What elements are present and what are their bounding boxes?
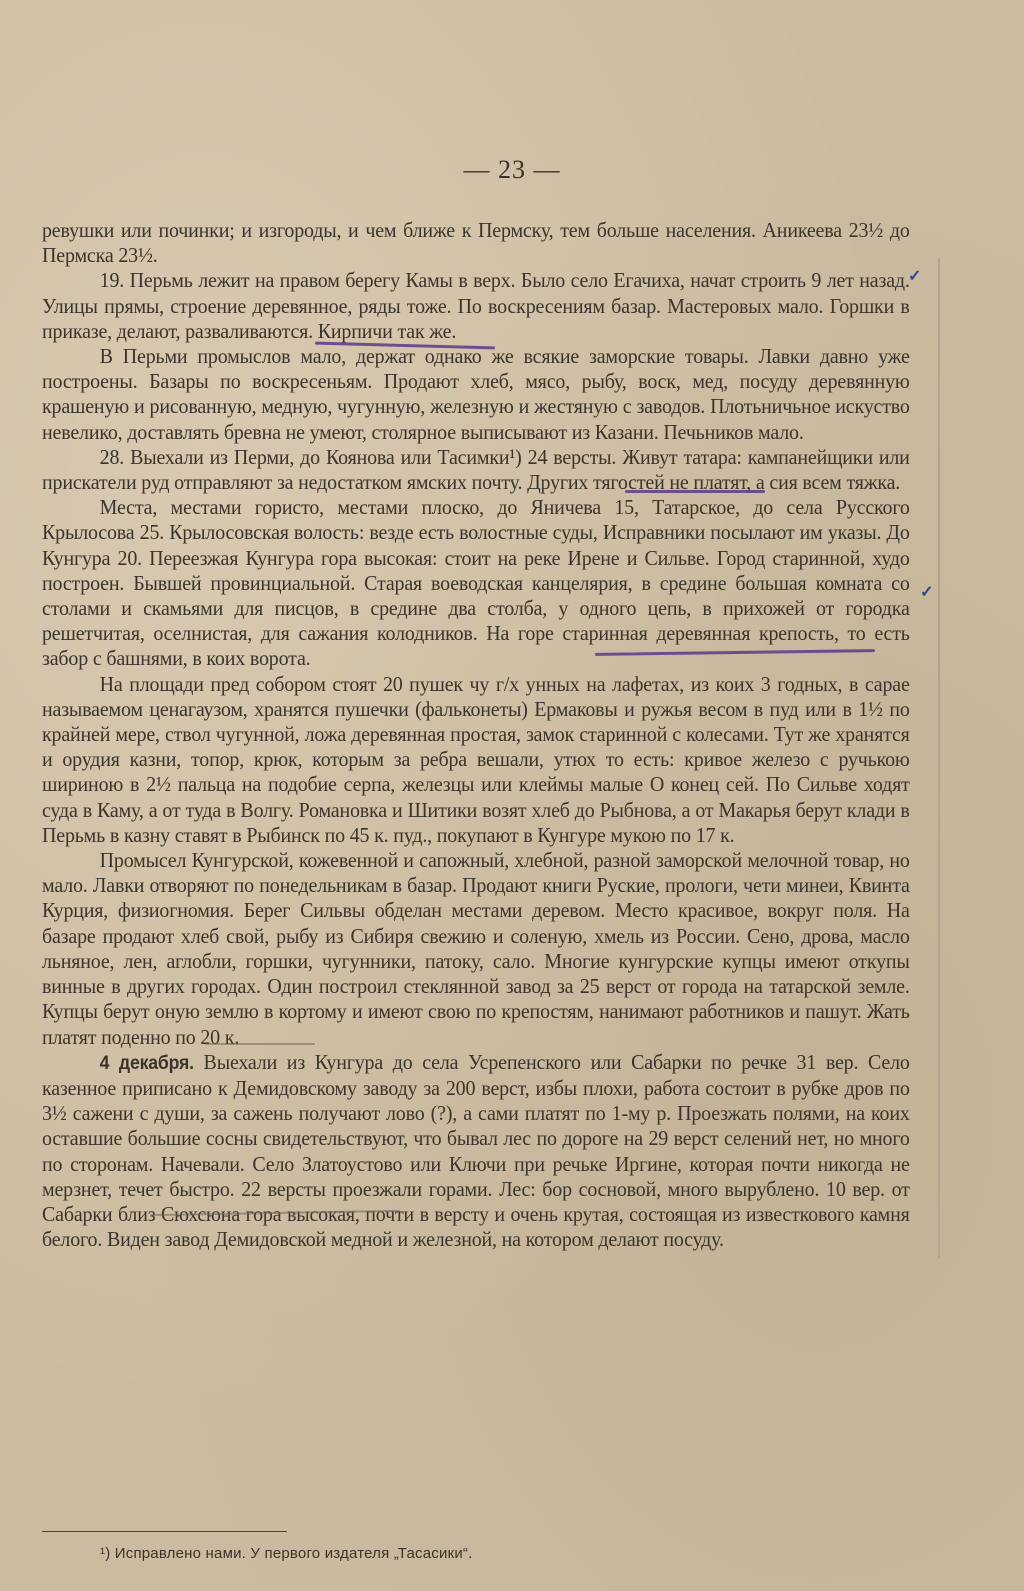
paragraph-continuation: ревушки или починки; и изгороды, и чем б…: [42, 218, 910, 268]
paragraph-kungur-trades: Промысел Кунгурской, кожевенной и сапожн…: [42, 848, 910, 1050]
checkmark-icon: ✓: [920, 582, 933, 602]
footnote-divider: [42, 1531, 287, 1532]
paragraph-cannons: На площади пред собором стоят 20 пушек ч…: [42, 672, 910, 848]
pencil-underline: [205, 1043, 315, 1045]
page-number: — 23 —: [0, 155, 1024, 185]
body-text: ревушки или починки; и изгороды, и чем б…: [42, 218, 910, 1252]
checkmark-icon: ✓: [908, 266, 921, 286]
ink-underline: [625, 490, 765, 493]
paragraph-28-departure: 28. Выехали из Перми, до Коянова или Тас…: [42, 445, 910, 495]
paragraph-text: Выехали из Кунгура до села Усрепенского …: [42, 1050, 910, 1251]
paragraph-19-perm: 19. Перьмь лежит на правом берегу Камы в…: [42, 268, 910, 344]
date-heading: 4 декабря.: [100, 1053, 194, 1074]
paragraph-kungur-route: Места, местами гористо, местами плоско, …: [42, 495, 910, 671]
paragraph-perm-trades: В Перьми промыслов мало, держат однако ж…: [42, 344, 910, 445]
paragraph-4-december: 4 декабря. Выехали из Кунгура до села Ус…: [42, 1050, 910, 1253]
margin-pencil-line: [938, 258, 940, 1258]
footnote: ¹) Исправлено нами. У первого издателя „…: [100, 1545, 472, 1562]
